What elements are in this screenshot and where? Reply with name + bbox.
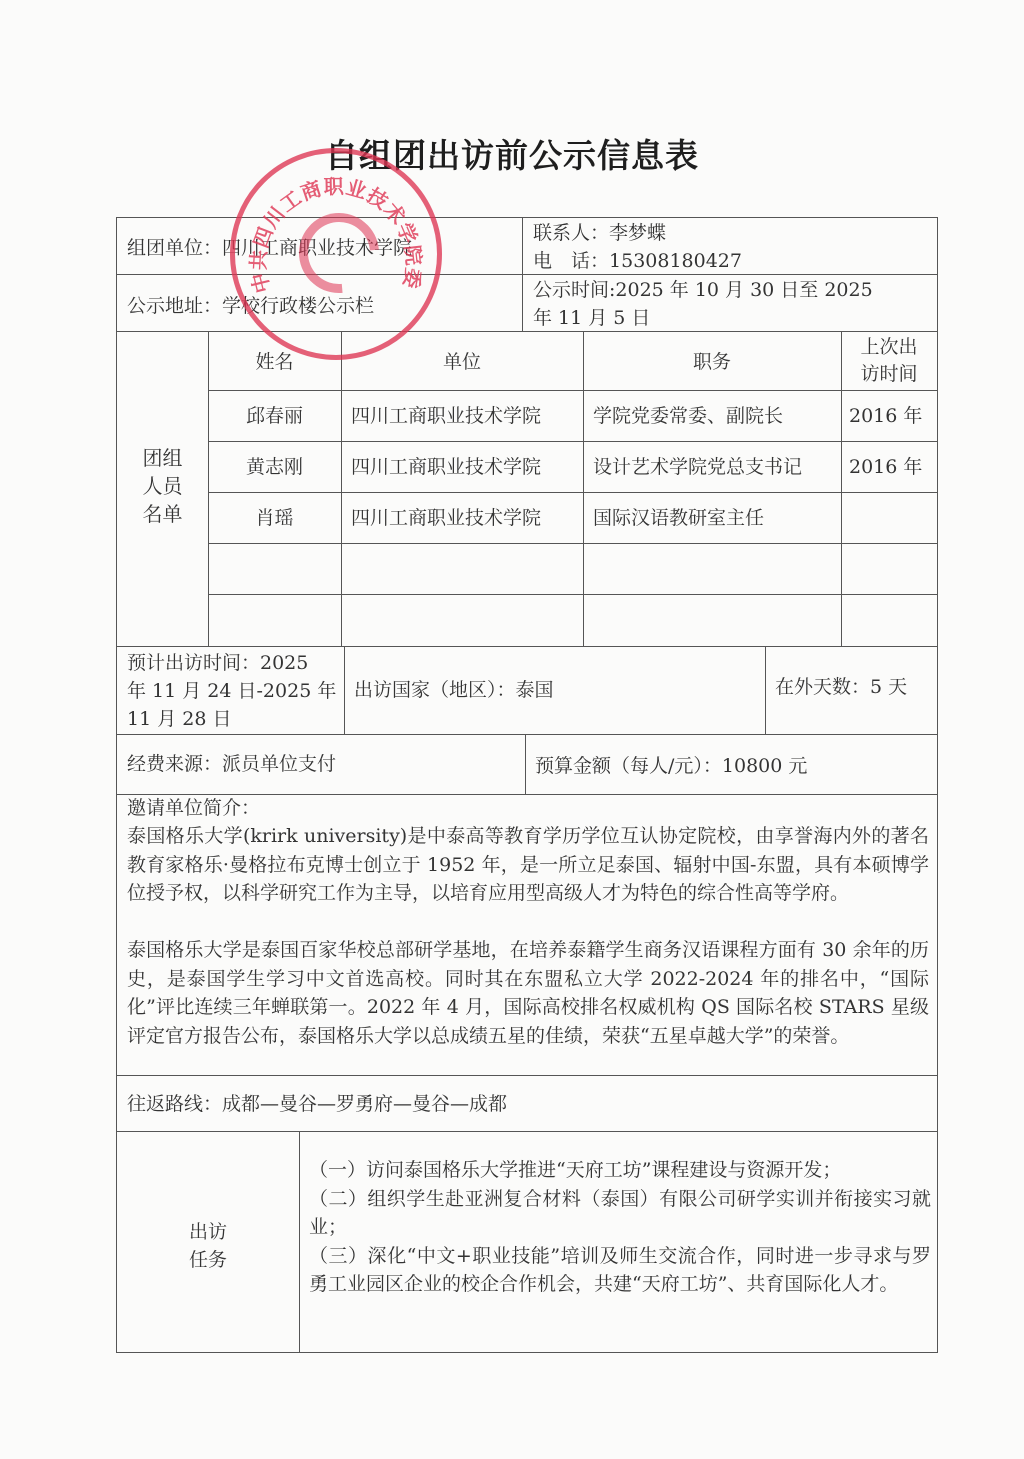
- task-item: （三）深化“中文+职业技能”培训及师生交流合作，同时进一步寻求与罗勇工业园区企业…: [309, 1242, 931, 1299]
- divider: [583, 331, 584, 646]
- trip-time: 预计出访时间：2025 年 11 月 24 日-2025 年 11 月 28 日: [127, 649, 342, 733]
- divider: [765, 646, 766, 734]
- tasks-label: 出访 任务: [117, 1218, 299, 1274]
- divider: [117, 1131, 937, 1132]
- divider: [117, 646, 937, 647]
- period-line: 公示时间:2025 年 10 月 30 日至 2025: [533, 276, 933, 304]
- tasks-list: （一）访问泰国格乐大学推进“天府工坊”课程建设与资源开发； （二）组织学生赴亚洲…: [309, 1156, 931, 1299]
- org-value: 四川工商职业技术学院: [222, 237, 412, 259]
- inviter-intro-1: 泰国格乐大学(krirk university)是中泰高等教育学历学位互认协定院…: [127, 822, 929, 908]
- member-position: 设计艺术学院党总支书记: [593, 453, 841, 481]
- col-header-name: 姓名: [208, 348, 341, 376]
- member-last-visit: 2016 年: [849, 402, 937, 430]
- divider: [208, 594, 937, 595]
- trip-days: 在外天数：5 天: [775, 673, 935, 701]
- funding-source: 经费来源：派员单位支付: [127, 750, 517, 778]
- member-position: 国际汉语教研室主任: [593, 504, 841, 532]
- period-line: 年 11 月 5 日: [533, 304, 933, 332]
- divider: [525, 734, 526, 794]
- divider: [117, 734, 937, 735]
- divider: [208, 331, 209, 646]
- member-unit: 四川工商职业技术学院: [351, 504, 583, 532]
- page-title: 自组团出访前公示信息表: [0, 130, 1024, 177]
- contact-field: 联系人：李梦蝶 电 话：15308180427: [533, 219, 933, 275]
- divider: [208, 543, 937, 544]
- task-item: （一）访问泰国格乐大学推进“天府工坊”课程建设与资源开发；: [309, 1156, 931, 1185]
- task-item: （二）组织学生赴亚洲复合材料（泰国）有限公司研学实训并衔接实习就业；: [309, 1185, 931, 1242]
- divider: [344, 646, 345, 734]
- info-table: 组团单位：四川工商职业技术学院 联系人：李梦蝶 电 话：15308180427 …: [116, 217, 938, 1353]
- col-header-unit: 单位: [341, 348, 583, 376]
- route: 往返路线：成都—曼谷—罗勇府—曼谷—成都: [127, 1090, 927, 1118]
- contact-value: 李梦蝶: [609, 222, 666, 244]
- member-unit: 四川工商职业技术学院: [351, 453, 583, 481]
- divider: [208, 492, 937, 493]
- place-label: 公示地址：: [127, 295, 222, 317]
- inviter-intro-2: 泰国格乐大学是泰国百家华校总部研学基地，在培养泰籍学生商务汉语课程方面有 30 …: [127, 936, 929, 1050]
- member-last-visit: 2016 年: [849, 453, 937, 481]
- col-header-position: 职务: [583, 348, 841, 376]
- contact-label: 联系人：: [533, 222, 609, 244]
- members-section-label: 团组 人员 名单: [117, 444, 208, 528]
- member-name: 邱春丽: [208, 402, 341, 430]
- divider: [208, 441, 937, 442]
- period-field: 公示时间:2025 年 10 月 30 日至 2025 年 11 月 5 日: [533, 276, 933, 332]
- phone-label: 电 话：: [533, 250, 609, 272]
- member-name: 黄志刚: [208, 453, 341, 481]
- divider: [341, 331, 342, 646]
- member-position: 学院党委常委、副院长: [593, 402, 841, 430]
- divider: [522, 218, 523, 331]
- trip-country: 出访国家（地区）：泰国: [354, 676, 754, 704]
- divider: [117, 1075, 937, 1076]
- org-field: 组团单位：四川工商职业技术学院: [127, 234, 517, 262]
- col-header-last-visit: 上次出 访时间: [841, 334, 937, 388]
- org-label: 组团单位：: [127, 237, 222, 259]
- place-value: 学校行政楼公示栏: [222, 295, 374, 317]
- phone-value: 15308180427: [609, 250, 742, 272]
- member-name: 肖瑶: [208, 504, 341, 532]
- budget: 预算金额（每人/元）：10800 元: [535, 752, 935, 780]
- member-unit: 四川工商职业技术学院: [351, 402, 583, 430]
- divider: [299, 1131, 300, 1353]
- divider: [208, 390, 937, 391]
- place-field: 公示地址：学校行政楼公示栏: [127, 292, 517, 320]
- inviter-label: 邀请单位简介：: [127, 794, 927, 823]
